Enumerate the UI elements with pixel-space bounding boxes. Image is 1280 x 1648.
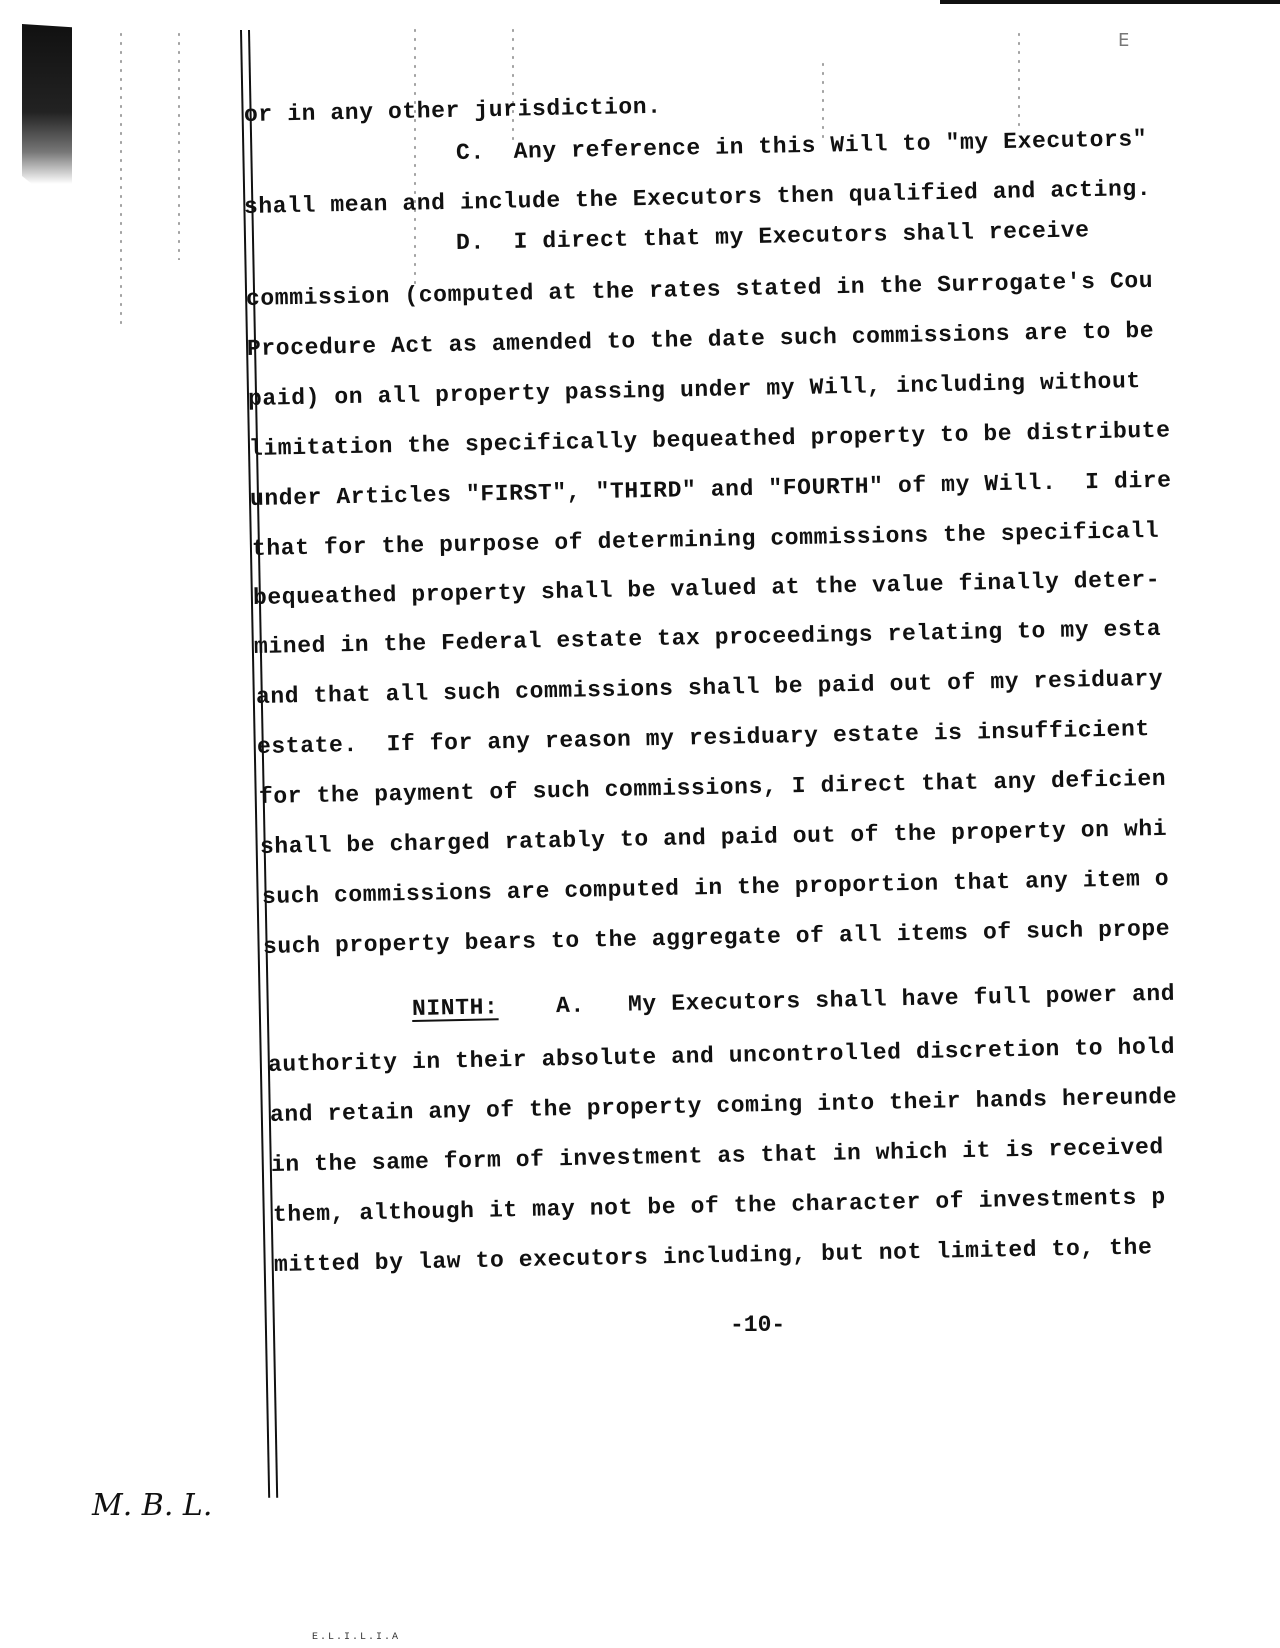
scan-noise	[118, 30, 124, 330]
scan-noise	[820, 60, 826, 140]
text-line: Procedure Act as amended to the date suc…	[247, 318, 1155, 362]
text-line: them, although it may not be of the char…	[273, 1184, 1166, 1228]
text-line: mitted by law to executors including, bu…	[274, 1234, 1153, 1278]
text-line: authority in their absolute and uncontro…	[268, 1034, 1176, 1078]
scan-noise	[510, 26, 516, 146]
text-line: mined in the Federal estate tax proceedi…	[254, 616, 1162, 660]
text-line: shall be charged ratably to and paid out…	[260, 816, 1168, 860]
ninth-sub: A.	[556, 993, 585, 1020]
text-line: such property bears to the aggregate of …	[263, 916, 1171, 960]
text-line: or in any other jurisdiction.	[244, 94, 662, 128]
ninth-text: My Executors shall have full power and	[628, 981, 1176, 1018]
footer-code: E.L.I.L.I.A	[312, 1632, 400, 1643]
text-line: in the same form of investment as that i…	[271, 1134, 1164, 1178]
corner-mark: E	[1118, 30, 1129, 51]
text-line: D. I direct that my Executors shall rece…	[456, 217, 1090, 256]
text-line: and retain any of the property coming in…	[270, 1084, 1178, 1128]
scan-artifact	[22, 24, 72, 184]
text-line: C. Any reference in this Will to "my Exe…	[456, 126, 1148, 166]
text-line: that for the purpose of determining comm…	[252, 518, 1160, 562]
text-line: limitation the specifically bequeathed p…	[249, 418, 1171, 462]
text-line: commission (computed at the rates stated…	[246, 268, 1154, 312]
text-line: shall mean and include the Executors the…	[244, 176, 1152, 220]
text-line: under Articles "FIRST", "THIRD" and "FOU…	[250, 468, 1172, 512]
scan-noise	[1016, 30, 1022, 130]
page-number: -10-	[730, 1312, 785, 1338]
handwritten-initials: M. B. L.	[92, 1488, 212, 1523]
ninth-heading: NINTH: A. My Executors shall have full p…	[412, 981, 1176, 1022]
margin-rule-left	[240, 30, 270, 1498]
scan-edge	[940, 0, 1280, 4]
scan-noise	[412, 26, 418, 286]
text-line: and that all such commissions shall be p…	[256, 666, 1164, 710]
text-line: such commissions are computed in the pro…	[262, 866, 1170, 910]
text-line: estate. If for any reason my residuary e…	[257, 716, 1150, 760]
document-page: E or in any other jurisdiction. C. Any r…	[0, 0, 1280, 1648]
scan-noise	[176, 30, 182, 260]
text-line: paid) on all property passing under my W…	[248, 368, 1141, 412]
text-line: bequeathed property shall be valued at t…	[253, 567, 1161, 611]
text-line: for the payment of such commissions, I d…	[259, 766, 1167, 810]
ninth-label: NINTH:	[412, 994, 499, 1022]
